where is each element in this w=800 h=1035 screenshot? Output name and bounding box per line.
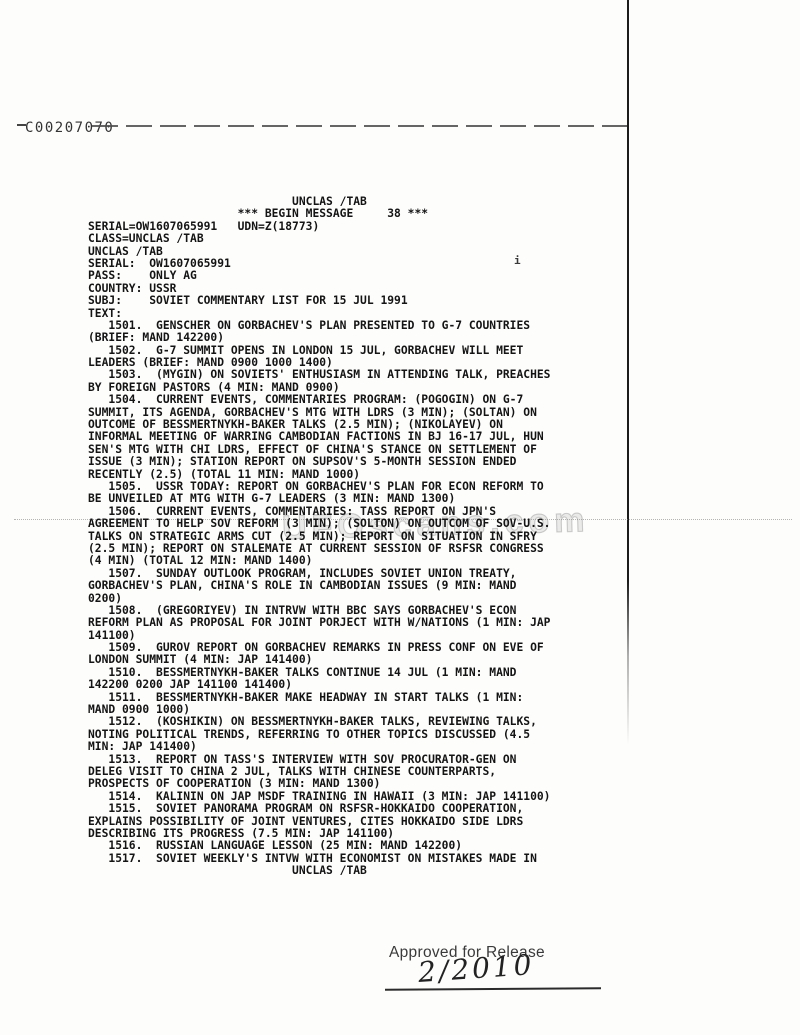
text-line: CLASS=UNCLAS /TAB <box>88 233 551 245</box>
text-line: 1515. SOVIET PANORAMA PROGRAM ON RSFSR-H… <box>88 803 551 815</box>
text-line: (BRIEF: MAND 142200) <box>88 332 551 344</box>
message-body: UNCLAS /TAB *** BEGIN MESSAGE 38 ***SERI… <box>88 196 551 877</box>
text-line: *** BEGIN MESSAGE 38 *** <box>88 208 551 220</box>
scan-artifact-mark: i <box>514 254 521 267</box>
text-line: PASS: ONLY AG <box>88 270 551 282</box>
text-line: 142200 0200 JAP 141100 141400) <box>88 679 551 691</box>
text-line: SUBJ: SOVIET COMMENTARY LIST FOR 15 JUL … <box>88 295 551 307</box>
text-line: 1504. CURRENT EVENTS, COMMENTARIES PROGR… <box>88 394 551 406</box>
text-line: 1503. (MYGIN) ON SOVIETS' ENTHUSIASM IN … <box>88 369 551 381</box>
text-line: MIN: JAP 141400) <box>88 741 551 753</box>
text-line: GORBACHEV'S PLAN, CHINA'S ROLE IN CAMBOD… <box>88 580 551 592</box>
text-line: REFORM PLAN AS PROPOSAL FOR JOINT PORJEC… <box>88 617 551 629</box>
text-line: ISSUE (3 MIN); STATION REPORT ON SUPSOV'… <box>88 456 551 468</box>
release-date-handwritten: 2/2010 <box>417 948 536 989</box>
release-signature-line <box>385 987 601 991</box>
text-line: INFORMAL MEETING OF WARRING CAMBODIAN FA… <box>88 431 551 443</box>
text-line: UNCLAS /TAB <box>88 865 551 877</box>
text-line: AGREEMENT TO HELP SOV REFORM (3 MIN); (S… <box>88 518 551 530</box>
scan-vertical-streak-artifact <box>627 0 629 745</box>
text-line: 1512. (KOSHIKIN) ON BESSMERTNYKH-BAKER T… <box>88 716 551 728</box>
document-page: C00207070 UFOscans.com UNCLAS /TAB *** B… <box>0 0 800 1035</box>
text-line: PROSPECTS OF COOPERATION (3 MIN: MAND 13… <box>88 778 551 790</box>
case-number-stamp: C00207070 <box>25 120 114 136</box>
text-line: BE UNVEILED AT MTG WITH G-7 LEADERS (3 M… <box>88 493 551 505</box>
text-line: LONDON SUMMIT (4 MIN: JAP 141400) <box>88 654 551 666</box>
text-line: (4 MIN) (TOTAL 12 MIN: MAND 1400) <box>88 555 551 567</box>
scan-dashed-line-top <box>92 125 630 127</box>
text-line: 1516. RUSSIAN LANGUAGE LESSON (25 MIN: M… <box>88 840 551 852</box>
